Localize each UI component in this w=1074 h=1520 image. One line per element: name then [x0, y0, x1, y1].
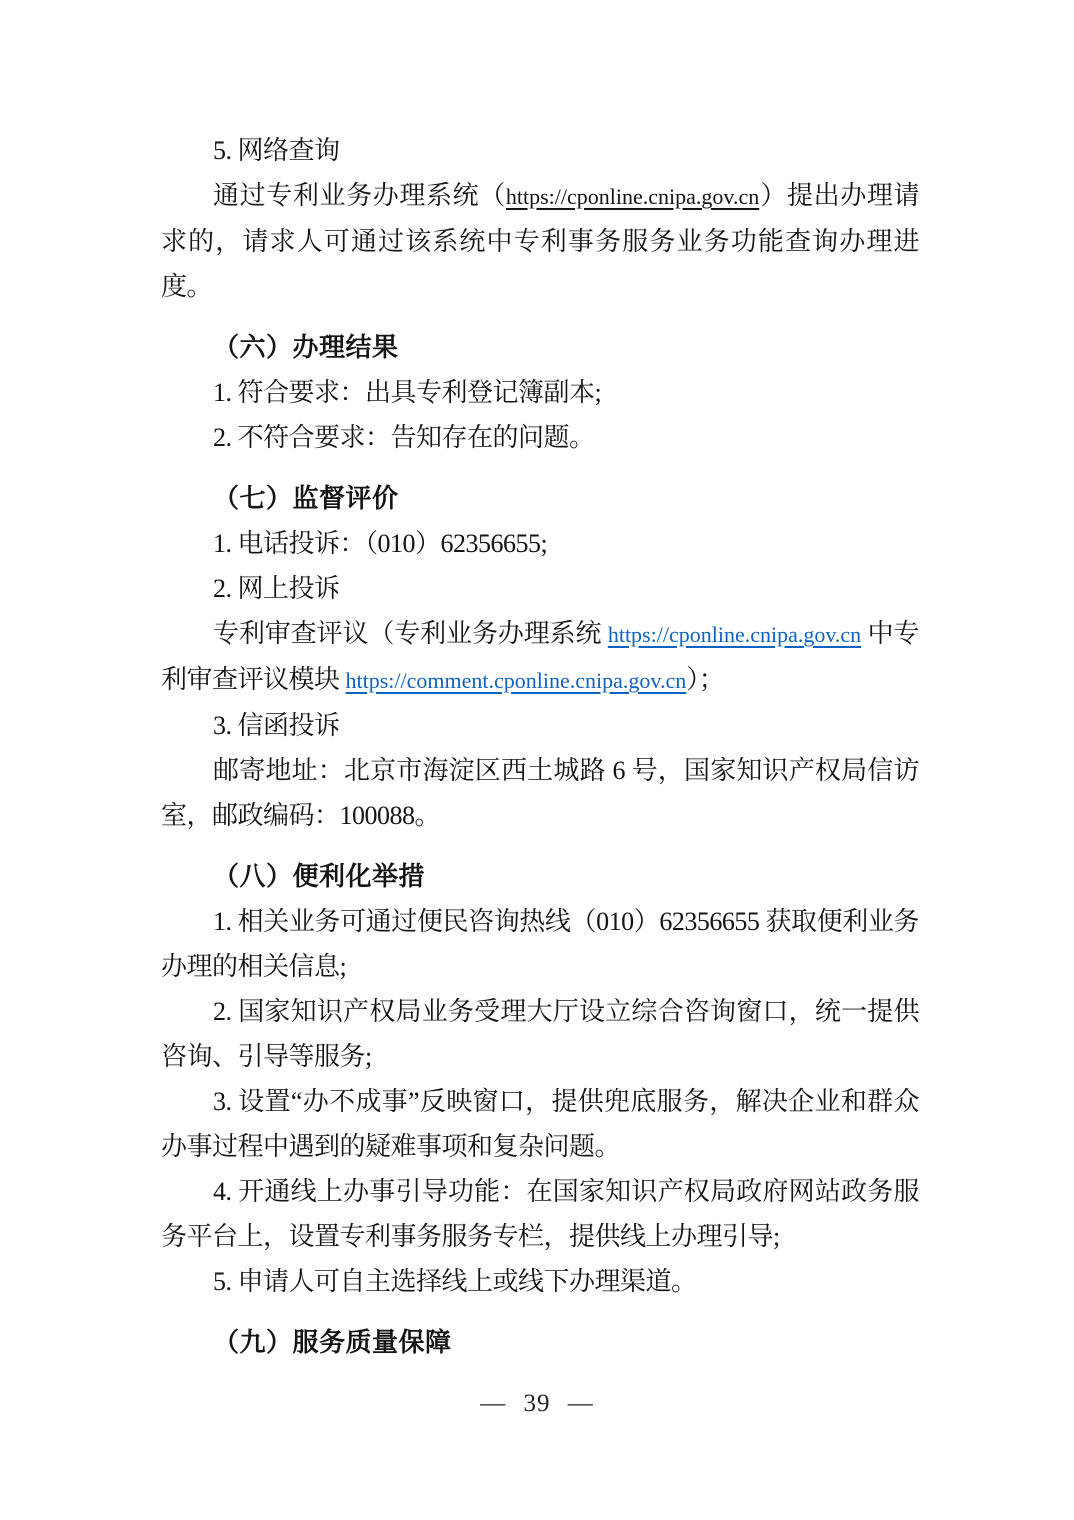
list-item-online-guide: 4. 开通线上办事引导功能：在国家知识产权局政府网站政务服务平台上，设置专利事务…: [161, 1169, 919, 1259]
link-cponline-blue[interactable]: https://cponline.cnipa.gov.cn: [608, 622, 861, 647]
text-run: ）；: [686, 665, 724, 694]
list-item-service-hall: 2. 国家知识产权局业务受理大厅设立综合咨询窗口，统一提供咨询、引导等服务;: [161, 989, 919, 1079]
list-item-result-fail: 2. 不符合要求：告知存在的问题。: [161, 415, 919, 460]
section-heading-9-quality: （九）服务质量保障: [161, 1320, 919, 1365]
section-heading-7-supervision: （七）监督评价: [161, 476, 919, 521]
section-heading-6-results: （六）办理结果: [161, 325, 919, 370]
text-run: 专利审查评议（专利业务办理系统: [213, 619, 608, 648]
list-item-feedback-window: 3. 设置“办不成事”反映窗口，提供兜底服务，解决企业和群众办事过程中遇到的疑难…: [161, 1079, 919, 1169]
list-item-phone-complaint: 1. 电话投诉：（010）62356655;: [161, 521, 919, 566]
document-body: 5. 网络查询 通过专利业务办理系统（https://cponline.cnip…: [161, 128, 919, 1365]
list-item-hotline: 1. 相关业务可通过便民咨询热线（010）62356655 获取便利业务办理的相…: [161, 899, 919, 989]
link-cponline-dark[interactable]: https://cponline.cnipa.gov.cn: [506, 184, 759, 209]
list-item-channel-choice: 5. 申请人可自主选择线上或线下办理渠道。: [161, 1259, 919, 1304]
paragraph-mailing-address: 邮寄地址：北京市海淀区西土城路 6 号，国家知识产权局信访室，邮政编码：1000…: [161, 748, 919, 838]
document-page: 5. 网络查询 通过专利业务办理系统（https://cponline.cnip…: [0, 0, 1074, 1520]
paragraph-review-links: 专利审查评议（专利业务办理系统 https://cponline.cnipa.g…: [161, 611, 919, 703]
list-item-5-network-query: 5. 网络查询: [161, 128, 919, 173]
page-number: — 39 —: [0, 1390, 1074, 1418]
link-comment-cponline[interactable]: https://comment.cponline.cnipa.gov.cn: [346, 668, 687, 693]
section-heading-8-convenience: （八）便利化举措: [161, 854, 919, 899]
list-item-result-ok: 1. 符合要求：出具专利登记簿副本;: [161, 370, 919, 415]
text-run: 通过专利业务办理系统（: [213, 181, 506, 210]
list-item-online-complaint: 2. 网上投诉: [161, 566, 919, 611]
list-item-letter-complaint: 3. 信函投诉: [161, 703, 919, 748]
paragraph-online-system: 通过专利业务办理系统（https://cponline.cnipa.gov.cn…: [161, 173, 919, 309]
